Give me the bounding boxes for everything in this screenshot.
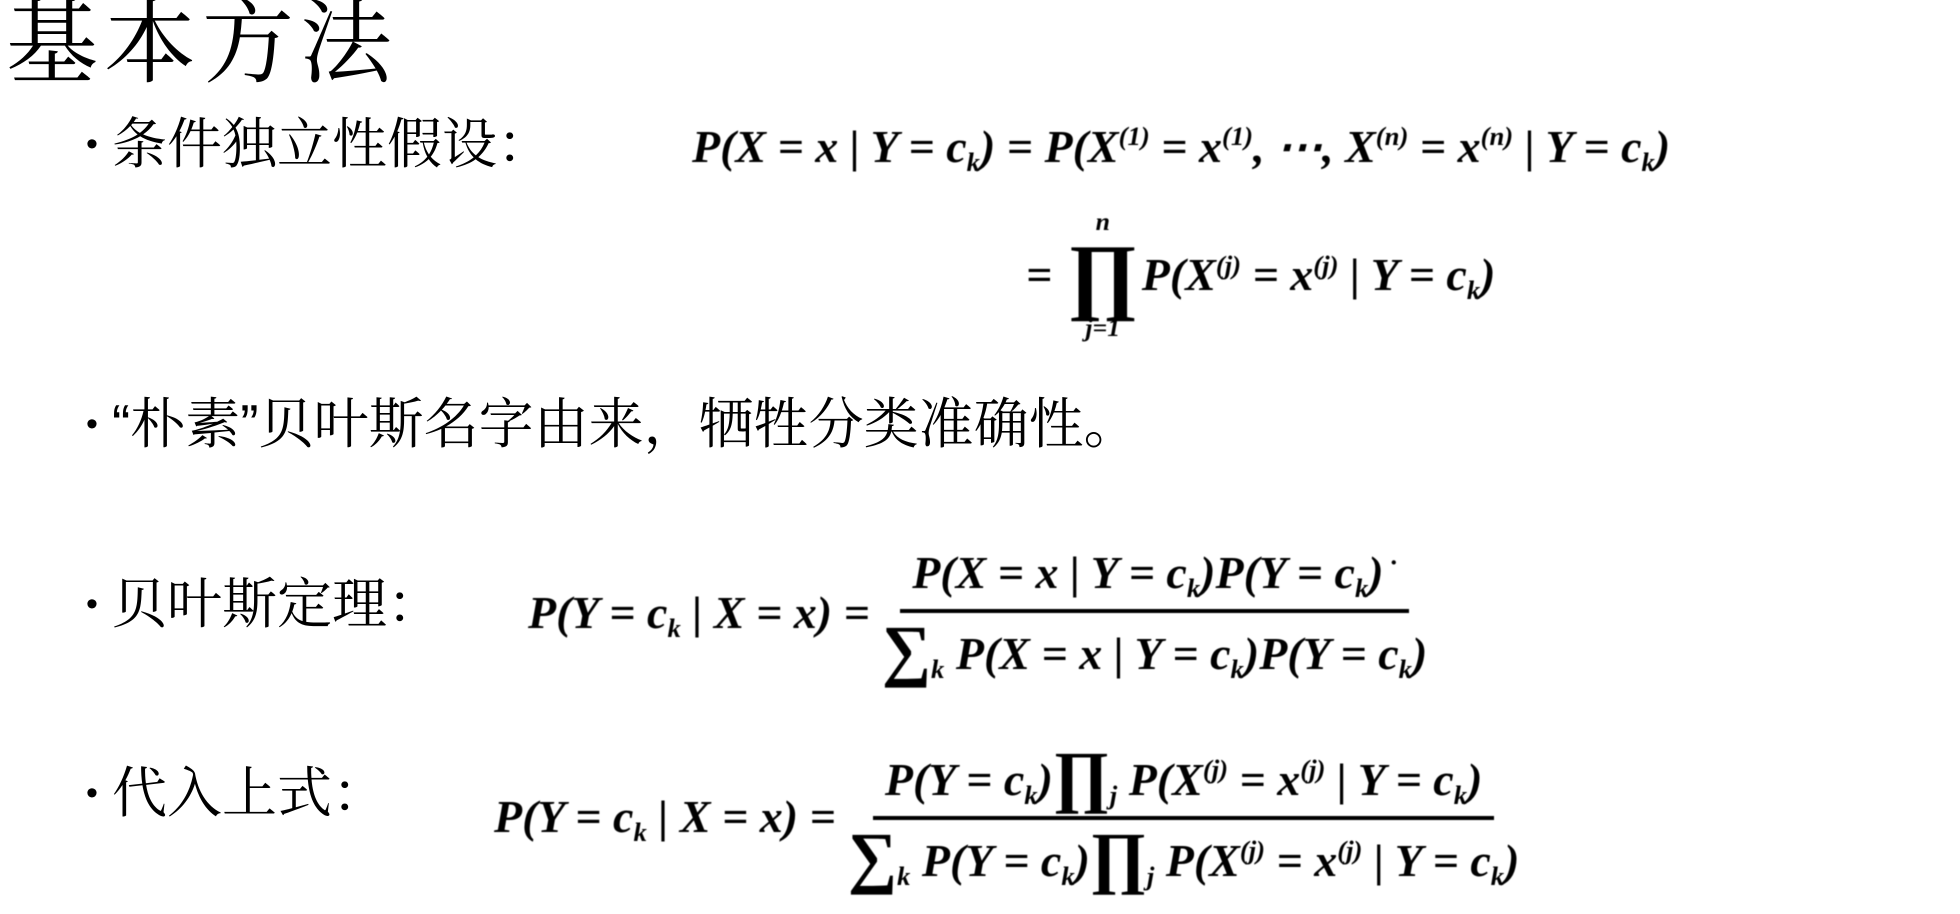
product-icon: ∏	[1068, 235, 1138, 316]
bullet-label: 贝叶斯定理：	[112, 574, 442, 635]
bullet-label: 条件独立性假设：	[112, 114, 552, 175]
slide: 基本方法 • 条件独立性假设： P(X = x | Y = ck) = P(X(…	[0, 0, 1960, 914]
math-token: (1)	[1222, 121, 1253, 151]
math-token: P(X = x | Y = c	[944, 628, 1230, 679]
math-expression: P(Y = ck | X = x) =	[494, 788, 836, 846]
math-token: )	[1368, 547, 1383, 598]
math-token: (j)	[1240, 835, 1265, 865]
fraction: P(X = x | Y = ck)P(Y = ck) · ∑k P(X = x …	[876, 544, 1433, 683]
bullet-item-naive-naming: • “朴素”贝叶斯名字由来，牺牲分类准确性。	[86, 394, 1139, 455]
math-expression: =	[1026, 246, 1064, 304]
math-token: (j)	[1313, 250, 1338, 280]
math-token: (j)	[1337, 835, 1362, 865]
page-title: 基本方法	[6, 0, 398, 95]
bullet-label: 代入上式：	[112, 763, 387, 824]
math-token: ∏	[1090, 819, 1147, 895]
math-token: k	[1355, 573, 1368, 603]
math-token: k	[897, 861, 910, 891]
math-token: | X = x) =	[681, 587, 870, 638]
math-token: (j)	[1300, 754, 1325, 784]
math-token: k	[931, 654, 944, 684]
math-token: P(X = x | Y = c	[912, 547, 1187, 598]
math-token: = x	[1228, 754, 1300, 805]
product-lower-limit: j=1	[1085, 315, 1120, 341]
math-token: | Y = c	[1513, 121, 1641, 172]
math-token: P(X	[1154, 835, 1240, 886]
math-token: | Y = c	[1325, 754, 1453, 805]
formula-naive-bayes-classifier: P(Y = ck | X = x) = P(Y = ck)∏j P(X(j) =…	[494, 722, 1525, 912]
math-token: k	[967, 147, 980, 177]
math-token: | X = x) =	[647, 791, 836, 842]
bullet-item-substitution: • 代入上式：	[86, 763, 387, 824]
math-token: )P(Y = c	[1200, 547, 1355, 598]
math-token: k	[1454, 780, 1467, 810]
fraction-denominator: ∑k P(X = x | Y = ck)P(Y = ck)	[876, 613, 1433, 683]
math-token: k	[1467, 275, 1480, 305]
math-token: (j)	[1203, 754, 1228, 784]
math-token: P(Y = c	[885, 754, 1024, 805]
fraction-numerator: P(Y = ck)∏j P(X(j) = x(j) | Y = ck)	[873, 745, 1495, 821]
math-token: P(Y = c	[494, 791, 633, 842]
math-token: k	[1187, 573, 1200, 603]
math-token: )	[1075, 835, 1090, 886]
fraction: P(Y = ck)∏j P(X(j) = x(j) | Y = ck) ∑k P…	[842, 745, 1526, 890]
math-token: )	[1467, 754, 1482, 805]
bullet-icon: •	[86, 776, 98, 810]
fraction-numerator: P(X = x | Y = ck)P(Y = ck) ·	[900, 544, 1409, 614]
product-operator: n ∏ j=1	[1068, 209, 1138, 341]
bullet-item-conditional-independence: • 条件独立性假设：	[86, 114, 552, 175]
math-token: (j)	[1216, 250, 1241, 280]
math-token: )	[1480, 249, 1495, 300]
math-token: j	[1147, 861, 1154, 891]
formula-independence-line1: P(X = x | Y = ck) = P(X(1) = x(1), ⋯, X(…	[692, 118, 1670, 176]
math-expression: P(X(j) = x(j) | Y = ck)	[1142, 246, 1496, 304]
math-token: k	[1061, 861, 1074, 891]
math-token: j	[1110, 780, 1117, 810]
math-token: k	[667, 613, 680, 643]
math-token: k	[633, 817, 646, 847]
math-token: = x	[1150, 121, 1222, 172]
bullet-icon: •	[86, 407, 98, 441]
math-token: )	[1038, 754, 1053, 805]
math-token: k	[1231, 654, 1244, 684]
math-token: = x	[1265, 835, 1337, 886]
math-expression: P(Y = ck | X = x) =	[528, 584, 870, 642]
math-token: (n)	[1376, 121, 1409, 151]
math-token: (1)	[1119, 121, 1150, 151]
math-token: ·	[1384, 547, 1397, 577]
bullet-label: “朴素”贝叶斯名字由来，牺牲分类准确性。	[112, 394, 1139, 455]
math-token: | Y = c	[1362, 835, 1490, 886]
fraction-denominator: ∑k P(Y = ck)∏j P(X(j) = x(j) | Y = ck)	[842, 820, 1526, 890]
math-token: P(X	[1142, 249, 1216, 300]
formula-bayes-theorem: P(Y = ck | X = x) = P(X = x | Y = ck)P(Y…	[528, 522, 1433, 704]
math-token: ∑	[882, 612, 931, 688]
math-token: )	[1504, 835, 1519, 886]
math-token: P(Y = c	[528, 587, 667, 638]
math-token: (n)	[1481, 121, 1514, 151]
math-expression: P(X = x | Y = ck) = P(X(1) = x(1), ⋯, X(…	[692, 121, 1670, 172]
math-token: k	[1642, 147, 1655, 177]
math-token: k	[1491, 861, 1504, 891]
bullet-icon: •	[86, 127, 98, 161]
math-token: )P(Y = c	[1244, 628, 1399, 679]
math-token: )	[1655, 121, 1670, 172]
math-token: , ⋯, X	[1253, 121, 1376, 172]
formula-independence-line2: = n ∏ j=1 P(X(j) = x(j) | Y = ck)	[1026, 200, 1495, 350]
math-token: = x	[1408, 121, 1480, 172]
math-token: k	[1399, 654, 1412, 684]
math-token: ∑	[848, 819, 897, 895]
math-token: P(Y = c	[910, 835, 1061, 886]
math-token: = x	[1241, 249, 1313, 300]
math-token: )	[1412, 628, 1427, 679]
math-token: ) = P(X	[980, 121, 1119, 172]
bullet-icon: •	[86, 587, 98, 621]
math-token: | Y = c	[1338, 249, 1466, 300]
math-token: P(X	[1117, 754, 1203, 805]
math-token: =	[1026, 249, 1064, 300]
math-token: ∏	[1053, 738, 1110, 814]
math-token: P(X = x | Y = c	[692, 121, 967, 172]
bullet-item-bayes-theorem: • 贝叶斯定理：	[86, 574, 442, 635]
math-token: k	[1024, 780, 1037, 810]
